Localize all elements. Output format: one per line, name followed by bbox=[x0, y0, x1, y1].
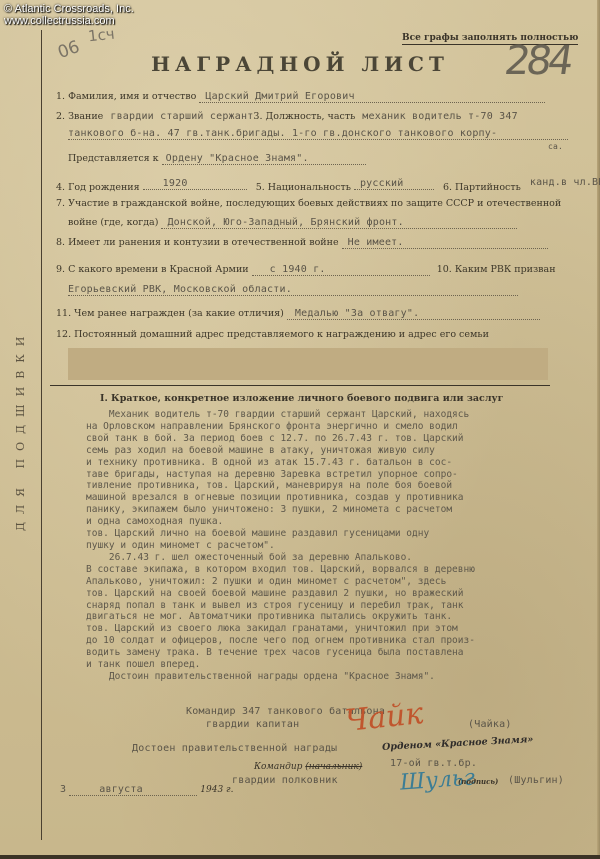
field-label: 12. Постоянный домашний адрес представля… bbox=[56, 329, 489, 340]
field-value-party: канд.в чл.ВКП(б) bbox=[524, 177, 600, 188]
commander-label-text: Командир bbox=[254, 762, 302, 772]
field-wounds: 8. Имеет ли ранения и контузии в отечест… bbox=[56, 237, 572, 249]
narrative-line: и одна самоходная пушка. bbox=[86, 516, 556, 528]
field-value-position-line2: танкового б-на. 47 гв.танк.бригады. 1-го… bbox=[68, 128, 568, 140]
section-divider bbox=[50, 385, 550, 386]
field-label: 9. С какого времени в Красной Армии bbox=[56, 264, 249, 275]
narrative-line: свой танк в бой. За период боев с 12.7. … bbox=[86, 433, 556, 445]
document-title: НАГРАДНОЙ ЛИСТ bbox=[0, 52, 600, 76]
field-value-nationality: русский bbox=[354, 178, 434, 190]
narrative-line: таве бригады, наступая на деревню Заревк… bbox=[86, 469, 556, 481]
field-value-wounds: Не имеет. bbox=[342, 237, 548, 249]
field-home-address: 12. Постоянный домашний адрес представля… bbox=[56, 329, 572, 340]
narrative-line: и технику противника. В одной из атак 15… bbox=[86, 457, 556, 469]
field-value-draft-office: Егорьевский РВК, Московской области. bbox=[68, 284, 518, 296]
field-birth-nationality-party: 4. Год рождения 1920 5. Национальность р… bbox=[56, 177, 572, 193]
field-label: 11. Чем ранее награжден (за какие отличи… bbox=[56, 308, 284, 319]
field-combat-participation-2: войне (где, когда) Донской, Юго-Западный… bbox=[68, 217, 572, 229]
battalion-commander-name: (Чайка) bbox=[468, 719, 512, 730]
field-value-rank: гвардии старший сержант bbox=[106, 111, 253, 122]
field-label: 1. Фамилия, имя и отчество bbox=[56, 91, 196, 102]
narrative-line: Механик водитель т-70 гвардии старший се… bbox=[86, 409, 556, 421]
field-value-service-since: с 1940 г. bbox=[252, 264, 430, 276]
field-combat-participation: 7. Участие в гражданской войне, последую… bbox=[56, 198, 572, 209]
section-heading: I. Краткое, конкретное изложение личного… bbox=[100, 393, 503, 404]
narrative-line: водить замену трака. В течение трех часо… bbox=[86, 647, 556, 659]
narrative-line: на Орловском направлении Брянского фронт… bbox=[86, 421, 556, 433]
narrative-line: 26.7.43 г. шел ожесточенный бой за дерев… bbox=[86, 552, 556, 564]
narrative-line: и танк пошел вперед. bbox=[86, 659, 556, 671]
narrative-line: тов. Царский лично на боевой машине разд… bbox=[86, 528, 556, 540]
field-draft-office: Егорьевский РВК, Московской области. bbox=[68, 284, 572, 296]
commander-label: Командир (начальник) bbox=[254, 762, 362, 772]
narrative-line: тивление противника, тов. Царский, манев… bbox=[86, 480, 556, 492]
document-date: 3 августа 1943 г. bbox=[52, 784, 572, 796]
watermark-line-2: www.collectrussia.com bbox=[4, 15, 134, 27]
field-full-name: 1. Фамилия, имя и отчество Царский Дмитр… bbox=[56, 91, 572, 103]
battalion-commander-rank: гвардии капитан bbox=[206, 719, 299, 730]
copyright-watermark: © Atlantic Crossroads, Inc. www.collectr… bbox=[4, 3, 134, 27]
narrative-line: панику, экипажем было уничтожено: 3 пушк… bbox=[86, 504, 556, 516]
field-label: 10. Каким РВК призван bbox=[433, 264, 556, 275]
narrative-line: тов. Царский на своей боевой машине разд… bbox=[86, 588, 556, 600]
field-value-fronts: Донской, Юго-Западный, Брянский фронт. bbox=[161, 217, 517, 229]
narrative-line: семь раз ходил на боевой машине в атаку,… bbox=[86, 445, 556, 457]
field-value-position: механик водитель т-70 347 bbox=[358, 111, 518, 122]
field-label: 8. Имеет ли ранения и контузии в отечест… bbox=[56, 237, 339, 248]
field-presented-for: Представляется к Ордену "Красное Знамя". bbox=[68, 153, 572, 165]
field-label: 2. Звание bbox=[56, 111, 103, 122]
narrative-line: Апальково, уничтожил: 2 пушки и один мин… bbox=[86, 576, 556, 588]
narrative-line: пушку и один миномет с расчетом". bbox=[86, 540, 556, 552]
field-position-continued-2: са. bbox=[548, 141, 572, 152]
field-label: 4. Год рождения bbox=[56, 182, 140, 193]
field-value-previous-awards: Медалью "За отвагу". bbox=[287, 308, 540, 320]
paper-bottom-edge bbox=[0, 855, 600, 859]
field-previous-awards: 11. Чем ранее награжден (за какие отличи… bbox=[56, 308, 572, 320]
field-label: 7. Участие в гражданской войне, последую… bbox=[56, 198, 561, 209]
field-value-birth-year: 1920 bbox=[143, 178, 247, 190]
narrative-line: снаряд попал в танк и вывел из строя гус… bbox=[86, 600, 556, 612]
date-day: 3 bbox=[52, 784, 66, 795]
field-rank-position: 2. Звание гвардии старший сержант3. Долж… bbox=[56, 111, 572, 122]
redacted-address-block bbox=[68, 348, 548, 380]
field-value-full-name: Царский Дмитрий Егорович bbox=[199, 91, 545, 103]
narrative-line: Достоин правительственной награды ордена… bbox=[86, 671, 556, 683]
field-value-presented-for: Ордену "Красное Знамя". bbox=[162, 153, 366, 165]
narrative-line: тов. Царский из своего люка закидал гран… bbox=[86, 623, 556, 635]
binding-margin-line bbox=[41, 30, 42, 840]
narrative-line: до 10 солдат и офицеров, после чего под … bbox=[86, 635, 556, 647]
field-label: 6. Партийность bbox=[437, 182, 521, 193]
field-label: 5. Национальность bbox=[250, 182, 351, 193]
date-month: августа bbox=[69, 784, 197, 796]
narrative-line: В составе экипажа, в котором входил тов.… bbox=[86, 564, 556, 576]
narrative-line: машиной врезался в огневые позиции проти… bbox=[86, 492, 556, 504]
date-year: 1943 г. bbox=[200, 785, 233, 795]
field-label: Представляется к bbox=[68, 153, 159, 164]
narrative-line: двигаться не мог. Автоматчики противника… bbox=[86, 611, 556, 623]
field-position-continued: танкового б-на. 47 гв.танк.бригады. 1-го… bbox=[68, 128, 572, 140]
combat-narrative: Механик водитель т-70 гвардии старший се… bbox=[86, 409, 556, 683]
award-worthy-label: Достоен правительственной награды bbox=[132, 743, 337, 754]
field-value-position-line3: са. bbox=[548, 142, 563, 151]
pencil-mark-1sch: 1сч bbox=[87, 25, 115, 46]
field-service-since: 9. С какого времени в Красной Армии с 19… bbox=[56, 264, 572, 276]
watermark-line-1: © Atlantic Crossroads, Inc. bbox=[4, 3, 134, 15]
field-label: 3. Должность, часть bbox=[253, 111, 355, 122]
field-label: войне (где, когда) bbox=[68, 217, 158, 228]
binding-margin-label: ДЛЯ ПОДШИВКИ bbox=[14, 320, 34, 540]
commander-label-struck: (начальник) bbox=[305, 762, 362, 772]
